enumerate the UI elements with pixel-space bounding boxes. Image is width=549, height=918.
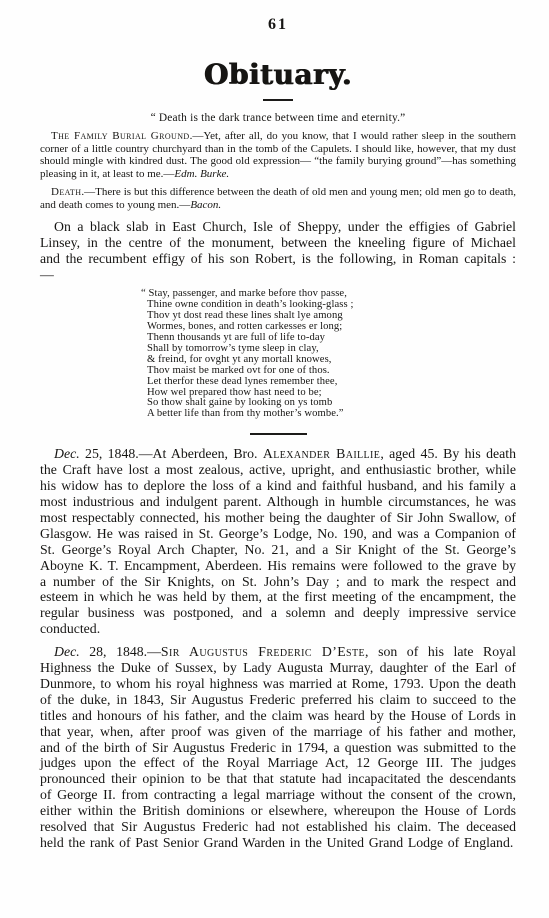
poem-line: Let therfor these dead lynes remember th… [141,377,516,388]
entry-date-rest: 25, 1848.—At Aberdeen, Bro. [80,446,263,461]
inscription-intro: On a black slab in East Church, Isle of … [40,219,516,284]
entry-body: , aged 45. By his death the Craft have l… [40,446,516,636]
note-attribution: Edm. Burke. [174,168,229,180]
obituary-entry-deste: Dec. 28, 1848.—Sir Augustus Frederic D’E… [40,644,516,851]
section-divider [250,433,307,435]
entry-deceased-name: Alexander Baillie [263,446,380,461]
epigraph: “ Death is the dark trance between time … [40,112,516,124]
note-death: Death.—There is but this difference betw… [40,186,516,211]
entry-deceased-name: Sir Augustus Frederic D’Este [161,644,365,659]
entry-body: , son of his late Royal Highness the Duk… [40,644,516,850]
page-title: Obituary. [40,58,516,91]
entry-date: Dec. [54,644,80,659]
page-number: 61 [40,16,516,34]
poem-line: Thov maist be marked ovt for one of thos… [141,366,516,377]
note-lead: The Family Burial Ground [51,130,190,142]
note-body: .—There is but this difference between t… [40,186,516,211]
title-divider [263,99,293,101]
note-attribution: Bacon. [190,199,221,211]
poem-line: A better life than from thy mother’s wom… [141,409,516,420]
entry-date-rest: 28, 1848.— [80,644,161,659]
obituary-entry-baillie: Dec. 25, 1848.—At Aberdeen, Bro. Alexand… [40,446,516,637]
entry-date: Dec. [54,446,80,461]
obituary-page: 61 Obituary. “ Death is the dark trance … [0,0,549,918]
note-lead: Death [51,186,81,198]
tomb-inscription-poem: “ Stay, passenger, and marke before thov… [141,289,516,420]
note-family-burial-ground: The Family Burial Ground.—Yet, after all… [40,130,516,180]
